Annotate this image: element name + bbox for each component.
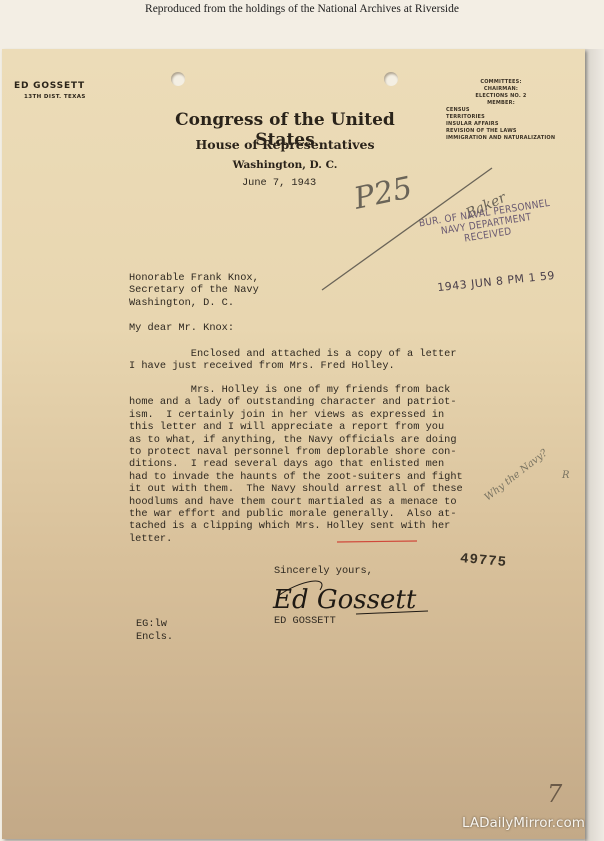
- pencil-slash: [322, 168, 492, 290]
- signature-tail: [356, 611, 428, 614]
- zoot-suiters-underline: [337, 541, 417, 542]
- signature-flourish: [278, 581, 322, 596]
- pencil-strokes: [0, 0, 604, 841]
